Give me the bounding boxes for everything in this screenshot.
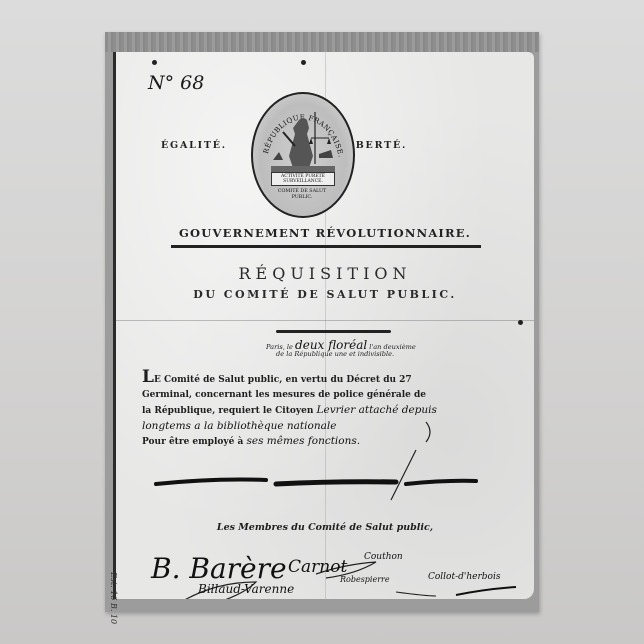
pin-hole xyxy=(301,60,306,65)
document-subtitle: DU COMITÉ DE SALUT PUBLIC. xyxy=(116,288,534,301)
dateline-republic: de la République une et indivisible. xyxy=(276,350,394,358)
signature-billaud-varenne: Billaud-Varenne xyxy=(198,582,294,596)
requisition-body: LE Comité de Salut public, en vertu du D… xyxy=(142,370,442,450)
signature-robespierre: Robespierre xyxy=(340,575,390,584)
document-number: N° 68 xyxy=(148,72,204,94)
divider-rule-short xyxy=(276,330,391,333)
signature-barere: B. Barère xyxy=(151,552,287,585)
handwritten-line-4: longtems a la bibliothèque nationale xyxy=(142,419,442,434)
handwritten-function: ses mêmes fonctions. xyxy=(246,435,360,447)
drop-cap: L xyxy=(142,367,154,387)
poster-photo: N° 68 ÉGALITÉ. LIBERTÉ. RÉPUBLIQUE FRANÇ… xyxy=(105,32,539,612)
mount-strip xyxy=(105,32,539,52)
committee-members-label: Les Membres du Comité de Salut public, xyxy=(116,522,534,533)
archive-mark: Est. 16 B. 10 xyxy=(109,572,118,624)
republic-seal: RÉPUBLIQUE FRANÇAISE. ACTIVITÉ PURETÉ SU… xyxy=(251,92,355,218)
requisition-document: N° 68 ÉGALITÉ. LIBERTÉ. RÉPUBLIQUE FRANÇ… xyxy=(113,52,534,599)
handwritten-citizen-name: Levrier attaché depuis xyxy=(317,404,437,416)
fold-line-horizontal xyxy=(116,320,534,321)
seal-organization: COMITÉ DE SALUT PUBLIC. xyxy=(271,189,333,201)
signature-couthon: Couthon xyxy=(364,552,403,562)
motto-egalite: ÉGALITÉ. xyxy=(161,140,227,151)
pin-hole xyxy=(518,320,523,325)
pin-hole xyxy=(152,60,157,65)
signature-collot-dherbois: Collot-d'herbois xyxy=(428,572,500,582)
seal-motto: ACTIVITÉ PURETÉ SURVEILLANCE. xyxy=(271,172,335,186)
government-heading: GOUVERNEMENT RÉVOLUTIONNAIRE. xyxy=(116,226,534,240)
divider-rule xyxy=(171,245,481,248)
signature-carnot: Carnot xyxy=(288,557,347,577)
document-title: RÉQUISITION xyxy=(116,264,534,283)
body-line-5: Pour être employé à xyxy=(142,437,243,447)
body-line-2: Germinal, concernant les mesures de poli… xyxy=(142,388,442,403)
body-line-3: la République, requiert le Citoyen xyxy=(142,406,313,416)
body-line-1: E Comité de Salut public, en vertu du Dé… xyxy=(154,375,412,385)
